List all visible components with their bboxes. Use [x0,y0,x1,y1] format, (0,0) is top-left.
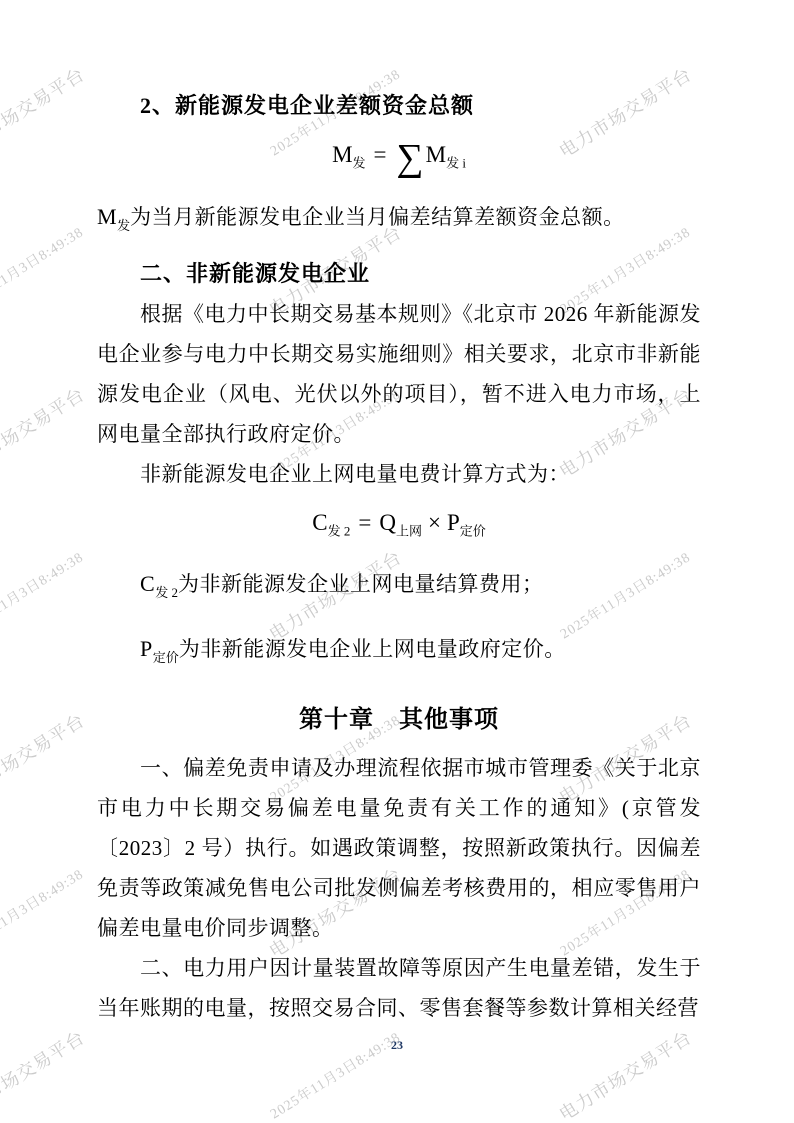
formula-m-lhs-sub: 发 [353,156,366,171]
paragraph-c-definition: C发 2为非新能源发企业上网电量结算费用； [97,564,701,613]
equals-sign: = [366,142,395,167]
m-definition-text: 为当月新能源发电企业当月偏差结算差额资金总额。 [130,205,625,229]
formula-c-t2: Q [379,510,396,535]
formula-c-settlement: C发 2=Q上网×P定价 [97,494,701,565]
watermark-platform-text: 电力市场交易平台 [0,381,89,484]
formula-c-t3-sub: 定价 [460,523,486,538]
formula-c-t2-sub: 上网 [396,523,422,538]
formula-c-t1: C [312,510,327,535]
formula-m-rhs-sub: 发 i [446,156,466,171]
paragraph-m-definition: M发为当月新能源发电企业当月偏差结算差额资金总额。 [97,197,701,246]
formula-c-t3: P [447,510,460,535]
paragraph-item1: 一、偏差免责申请及办理流程依据市城市管理委《关于北京市电力中长期交易偏差电量免责… [97,748,701,948]
paragraph-item2: 二、电力用户因计量装置故障等原因产生电量差错，发生于当年账期的电量，按照交易合同… [97,948,701,1028]
var-p-sub: 定价 [153,650,179,665]
c-definition-text: 为非新能源发企业上网电量结算费用； [178,572,544,596]
page-number: 23 [0,1038,794,1053]
section-heading-non-newenergy: 二、非新能源发电企业 [97,254,701,294]
document-page: 电力市场交易平台2025年11月3日8:49:38电力市场交易平台2025年11… [0,0,794,1123]
formula-c-t1-sub: 发 2 [328,523,351,538]
document-content: 2、新能源发电企业差额资金总额 M发=∑M发 i M发为当月新能源发电企业当月偏… [97,86,701,1028]
watermark-timestamp-text: 2025年11月3日8:49:38 [0,547,87,644]
sigma-symbol: ∑ [395,137,426,179]
multiply-sign: × [422,510,447,535]
formula-m-rhs: M [426,142,446,167]
paragraph-calc-intro: 非新能源发电企业上网电量电费计算方式为： [97,454,701,494]
section-heading-newenergy-total: 2、新能源发电企业差额资金总额 [97,86,701,126]
var-c: C [140,571,155,596]
paragraph-rules: 根据《电力中长期交易基本规则》《北京市 2026 年新能源发电企业参与电力中长期… [97,294,701,454]
var-m-sub: 发 [117,218,130,233]
formula-m-lhs: M [332,142,352,167]
watermark-timestamp-text: 2025年11月3日8:49:38 [0,222,87,319]
formula-m-total: M发=∑M发 i [97,126,701,197]
watermark-platform-text: 电力市场交易平台 [0,707,89,810]
chapter-heading-other-matters: 第十章 其他事项 [97,700,701,740]
equals-sign: = [350,510,379,535]
p-definition-text: 为非新能源发电企业上网电量政府定价。 [179,637,566,661]
var-p: P [140,636,153,661]
watermark-timestamp-text: 2025年11月3日8:49:38 [0,864,87,961]
var-m: M [97,204,117,229]
watermark-platform-text: 电力市场交易平台 [0,61,89,164]
var-c-sub: 发 2 [155,585,178,600]
paragraph-p-definition: P定价为非新能源发电企业上网电量政府定价。 [97,629,701,678]
